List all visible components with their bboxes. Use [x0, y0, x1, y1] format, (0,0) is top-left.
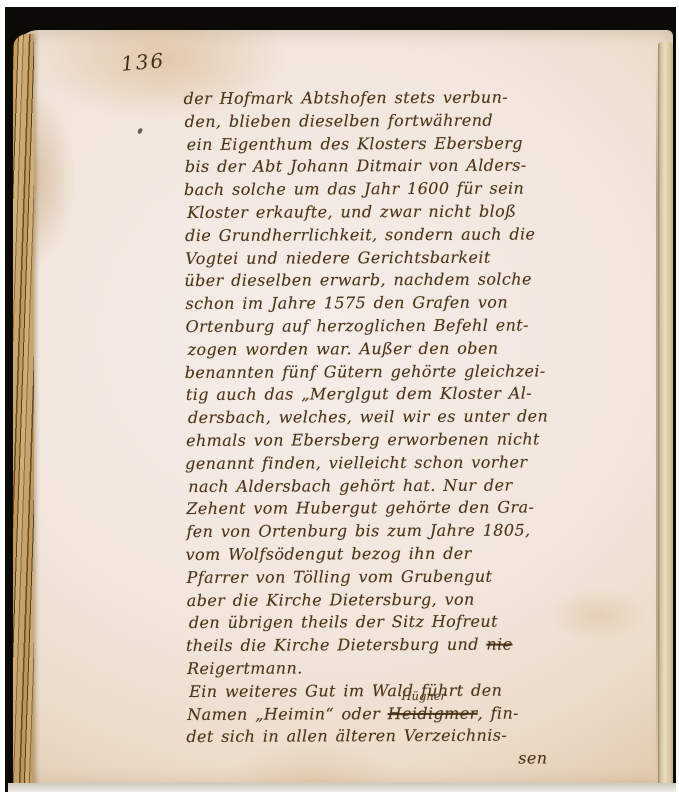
manuscript-line: Pfarrer von Tölling vom Grubengut — [187, 565, 643, 590]
manuscript-line: der Hofmark Abtshofen stets verbun- — [184, 86, 640, 111]
manuscript-text: der Hofmark Abtshofen stets verbun-den, … — [185, 86, 644, 772]
manuscript-line: genannt finden, vielleicht schon vorher — [185, 451, 641, 476]
manuscript-line: dersbach, welches, weil wir es unter den — [188, 405, 644, 430]
manuscript-line: det sich in allen älteren Verzeichnis- — [186, 724, 642, 749]
manuscript-line: nach Aldersbach gehört hat. Nur der — [188, 474, 644, 499]
deckled-page-edge — [13, 34, 34, 787]
manuscript-line: Reigertmann. — [187, 656, 643, 681]
manuscript-line: Namen „Heimin“ oder HeidigmerHügner, fin… — [187, 702, 643, 727]
manuscript-line: theils die Kirche Dietersburg und nie — [186, 633, 642, 658]
manuscript-line: tig auch das „Merglgut dem Kloster Al- — [186, 382, 642, 407]
manuscript-line: aber die Kirche Dietersburg, von — [187, 588, 643, 613]
manuscript-line: zogen worden war. Außer den oben — [188, 337, 644, 362]
manuscript-line: ehmals von Ebersberg erworbenen nicht — [186, 428, 642, 453]
inserted-correction: Hügner — [401, 690, 446, 701]
struck-correction: nie — [486, 634, 512, 657]
manuscript-line: bis der Abt Johann Ditmair von Alders- — [185, 154, 641, 179]
manuscript-line: den, blieben dieselben fortwährend — [185, 109, 641, 134]
manuscript-line: die Grundherrlichkeit, sondern auch die — [185, 223, 641, 248]
manuscript-line: fen von Ortenburg bis zum Jahre 1805, — [186, 519, 642, 544]
manuscript-line: Zehent vom Hubergut gehörte den Gra- — [186, 496, 642, 521]
manuscript-line: bach solche um das Jahr 1600 für sein — [184, 177, 640, 202]
fore-edge-pages — [658, 42, 673, 786]
manuscript-line: Ortenburg auf herzoglichen Befehl ent- — [186, 314, 642, 339]
manuscript-line: vom Wolfsödengut bezog ihn der — [185, 542, 641, 567]
manuscript-line: benannten fünf Gütern gehörte gleichzei- — [185, 360, 641, 385]
scan-bottom-band — [8, 783, 676, 792]
catchword: sen — [189, 747, 645, 772]
manuscript-line: über dieselben erwarb, nachdem solche — [184, 268, 640, 293]
page-number: 136 — [120, 48, 166, 76]
manuscript-line: den übrigen theils der Sitz Hofreut — [189, 610, 645, 635]
manuscript-line: Vogtei und niedere Gerichtsbarkeit — [185, 246, 641, 271]
struck-correction: HeidigmerHügner — [388, 702, 478, 725]
manuscript-line: Kloster erkaufte, und zwar nicht bloß — [187, 200, 643, 225]
manuscript-line: schon im Jahre 1575 den Grafen von — [185, 291, 641, 316]
manuscript-line: ein Eigenthum des Klosters Ebersberg — [187, 132, 643, 157]
